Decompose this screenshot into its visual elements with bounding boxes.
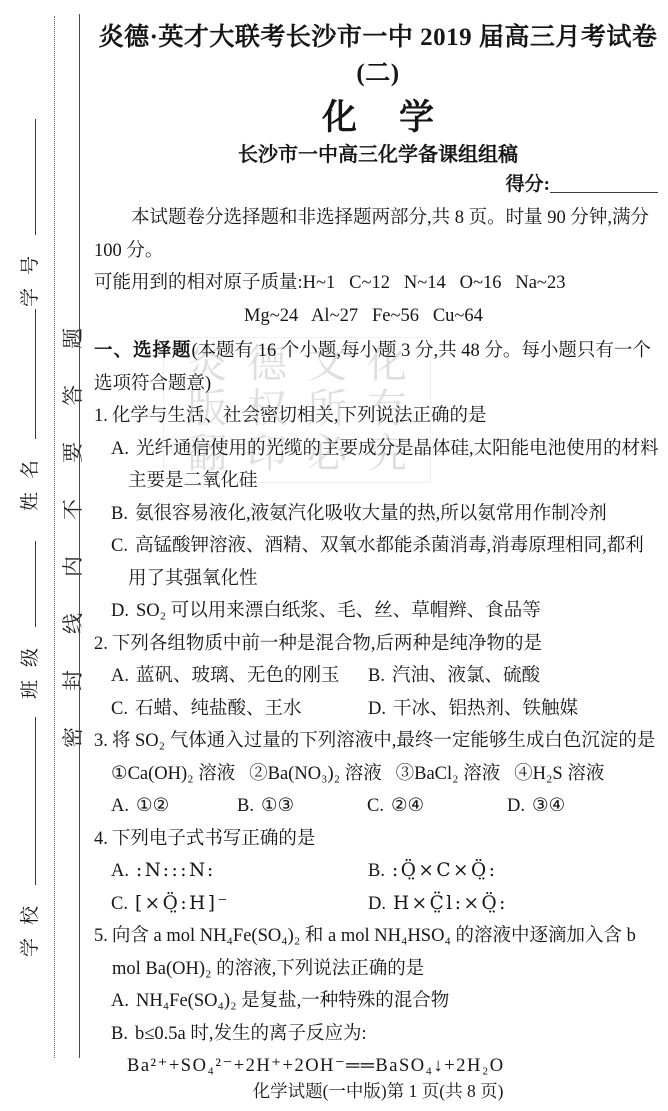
question-4-text: 下列电子式书写正确的是 xyxy=(112,829,316,849)
option-text: ③④ xyxy=(532,796,565,816)
option-label: C. xyxy=(111,536,128,556)
atomic-mass-line-1: 可能用到的相对原子质量:H~1 C~12 N~14 O~16 Na~23 xyxy=(94,267,662,300)
question-5-number: 5. xyxy=(94,926,108,946)
lewis-structure: :Ö̤×C×Ö̤: xyxy=(392,860,497,881)
class-blank xyxy=(20,541,36,627)
question-2-option-a: A.蓝矾、玻璃、无色的刚玉 xyxy=(111,660,368,693)
school-field: 学校 xyxy=(19,717,43,957)
question-3-option-b: B.①③ xyxy=(237,790,367,823)
question-1: 1.化学与生活、社会密切相关,下列说法正确的是 A.光纤通信使用的光缆的主要成分… xyxy=(94,400,662,628)
option-text: b≤0.5a 时,发生的离子反应为: xyxy=(135,1024,367,1044)
question-5-stem: 5.向含 a mol NH₄Fe(SO₄)₂ 和 a mol NH₄HSO₄ 的… xyxy=(94,920,662,985)
question-4-option-b: B.:Ö̤×C×Ö̤: xyxy=(368,855,662,888)
option-label: C. xyxy=(367,796,384,816)
subject-title: 化学 xyxy=(94,96,662,140)
option-text: 氨很容易液化,液氨汽化吸收大量的热,所以氨常用作制冷剂 xyxy=(135,504,607,524)
option-label: D. xyxy=(368,894,386,914)
question-2-stem: 2.下列各组物质中前一种是混合物,后两种是纯净物的是 xyxy=(94,628,662,661)
option-label: C. xyxy=(111,894,128,914)
option-label: B. xyxy=(368,861,385,881)
question-1-stem: 1.化学与生活、社会密切相关,下列说法正确的是 xyxy=(94,400,662,433)
question-2-text: 下列各组物质中前一种是混合物,后两种是纯净物的是 xyxy=(112,634,542,654)
page-footer: 化学试题(一中版)第 1 页(共 8 页) xyxy=(94,1078,662,1103)
question-2: 2.下列各组物质中前一种是混合物,后两种是纯净物的是 A.蓝矾、玻璃、无色的刚玉… xyxy=(94,628,662,726)
lewis-structure: :N:::N: xyxy=(136,860,216,881)
score-label: 得分: xyxy=(506,174,550,195)
seal-line-text: 密封线内不要答题 xyxy=(57,292,87,748)
question-5-option-a: A.NH₄Fe(SO₄)₂ 是复盐,一种特殊的混合物 xyxy=(94,985,662,1018)
question-4-number: 4. xyxy=(94,829,108,849)
question-4: 4.下列电子式书写正确的是 A.:N:::N: B.:Ö̤×C×Ö̤: C.… xyxy=(94,823,662,921)
question-1-option-a: A.光纤通信使用的光缆的主要成分是晶体硅,太阳能电池使用的材料主要是二氧化硅 xyxy=(94,433,662,498)
atomic-mass-values-1: H~1 C~12 N~14 O~16 Na~23 xyxy=(303,273,566,293)
question-4-option-d: D.H×C̤̈l:×Ö̤: xyxy=(368,888,662,921)
option-label: D. xyxy=(111,601,129,621)
lewis-structure: H×C̤̈l:×Ö̤: xyxy=(393,893,508,914)
option-label: D. xyxy=(507,796,525,816)
option-label: A. xyxy=(111,861,129,881)
option-label: B. xyxy=(237,796,254,816)
option-label: B. xyxy=(111,1024,128,1044)
option-text: ②④ xyxy=(391,796,424,816)
option-label: A. xyxy=(111,991,129,1011)
question-1-text: 化学与生活、社会密切相关,下列说法正确的是 xyxy=(112,406,487,426)
option-label: A. xyxy=(111,666,129,686)
question-3-subitems: ①Ca(OH)₂ 溶液 ②Ba(NO₃)₂ 溶液 ③BaCl₂ 溶液 ④H₂S … xyxy=(94,758,662,791)
question-2-option-b: B.汽油、液氯、硫酸 xyxy=(368,660,662,693)
question-3-options: A.①② B.①③ C.②④ D.③④ xyxy=(94,790,662,823)
exam-series-title: 炎德·英才大联考长沙市一中 2019 届高三月考试卷(二) xyxy=(94,20,662,92)
question-4-option-a: A.:N:::N: xyxy=(111,855,368,888)
question-4-stem: 4.下列电子式书写正确的是 xyxy=(94,823,662,856)
class-label: 班级 xyxy=(20,635,41,699)
organizer-subtitle: 长沙市一中高三化学备课组组稿 xyxy=(94,140,662,170)
option-text: 高锰酸钾溶液、酒精、双氧水都能杀菌消毒,消毒原理相同,都利用了其强氧化性 xyxy=(128,536,644,589)
exam-page: 学号 姓名 班级 学校 密封线内不要答题 炎德文化 版权所有 翻印必究 炎德·英… xyxy=(0,0,668,1111)
question-3-text: 将 SO₂ 气体通入过量的下列溶液中,最终一定能够生成白色沉淀的是 xyxy=(112,731,655,751)
question-3-option-c: C.②④ xyxy=(367,790,507,823)
option-text: ①② xyxy=(136,796,169,816)
question-5: 5.向含 a mol NH₄Fe(SO₄)₂ 和 a mol NH₄HSO₄ 的… xyxy=(94,920,662,1083)
seal-solid-line xyxy=(79,14,80,1058)
option-text: NH₄Fe(SO₄)₂ 是复盐,一种特殊的混合物 xyxy=(136,991,449,1011)
option-text: SO₂ 可以用来漂白纸浆、毛、丝、草帽辫、食品等 xyxy=(136,601,541,621)
question-1-option-b: B.氨很容易液化,液氨汽化吸收大量的热,所以氨常用作制冷剂 xyxy=(94,498,662,531)
option-text: 石蜡、纯盐酸、王水 xyxy=(135,699,302,719)
lewis-structure: [×Ö̤:H]⁻ xyxy=(135,893,230,914)
atomic-mass-line-2: Mg~24 Al~27 Fe~56 Cu~64 xyxy=(94,300,662,333)
option-label: A. xyxy=(111,439,129,459)
option-label: B. xyxy=(368,666,385,686)
student-id-label: 学号 xyxy=(20,243,41,307)
option-label: B. xyxy=(111,504,128,524)
option-label: D. xyxy=(368,699,386,719)
name-label: 姓名 xyxy=(20,447,41,511)
main-content: 炎德·英才大联考长沙市一中 2019 届高三月考试卷(二) 化学 长沙市一中高三… xyxy=(94,20,662,1083)
option-label: C. xyxy=(111,699,128,719)
question-2-option-d: D.干冰、铝热剂、铁触媒 xyxy=(368,693,662,726)
section-heading: 一、选择题(本题有 16 个小题,每小题 3 分,共 48 分。每小题只有一个选… xyxy=(94,335,662,400)
class-field: 班级 xyxy=(19,541,43,699)
question-3-stem: 3.将 SO₂ 气体通入过量的下列溶液中,最终一定能够生成白色沉淀的是 xyxy=(94,725,662,758)
question-1-option-c: C.高锰酸钾溶液、酒精、双氧水都能杀菌消毒,消毒原理相同,都利用了其强氧化性 xyxy=(94,530,662,595)
option-text: 光纤通信使用的光缆的主要成分是晶体硅,太阳能电池使用的材料主要是二氧化硅 xyxy=(128,439,659,492)
score-row: 得分: xyxy=(94,172,658,198)
question-3: 3.将 SO₂ 气体通入过量的下列溶液中,最终一定能够生成白色沉淀的是 ①Ca(… xyxy=(94,725,662,823)
name-blank xyxy=(20,309,36,439)
atomic-mass-label: 可能用到的相对原子质量: xyxy=(94,273,303,293)
question-4-options: A.:N:::N: B.:Ö̤×C×Ö̤: C.[×Ö̤:H]⁻ D.H×… xyxy=(94,855,662,920)
name-field: 姓名 xyxy=(19,309,43,511)
school-blank xyxy=(20,717,36,885)
question-3-option-a: A.①② xyxy=(111,790,237,823)
option-text: 汽油、液氯、硫酸 xyxy=(392,666,540,686)
question-5-text: 向含 a mol NH₄Fe(SO₄)₂ 和 a mol NH₄HSO₄ 的溶液… xyxy=(112,926,636,979)
option-text: 蓝矾、玻璃、无色的刚玉 xyxy=(136,666,340,686)
question-3-number: 3. xyxy=(94,731,108,751)
option-text: 干冰、铝热剂、铁触媒 xyxy=(393,699,578,719)
question-2-options: A.蓝矾、玻璃、无色的刚玉 B.汽油、液氯、硫酸 C.石蜡、纯盐酸、王水 D.干… xyxy=(94,660,662,725)
question-2-number: 2. xyxy=(94,634,108,654)
seal-dotted-line xyxy=(54,16,55,1058)
question-1-number: 1. xyxy=(94,406,108,426)
exam-description: 本试题卷分选择题和非选择题两部分,共 8 页。时量 90 分钟,满分 100 分… xyxy=(94,202,662,267)
question-4-option-c: C.[×Ö̤:H]⁻ xyxy=(111,888,368,921)
question-1-option-d: D.SO₂ 可以用来漂白纸浆、毛、丝、草帽辫、食品等 xyxy=(94,595,662,628)
student-id-blank xyxy=(20,119,36,235)
option-text: ①③ xyxy=(261,796,294,816)
section-heading-title: 一、选择题 xyxy=(94,341,192,361)
score-blank xyxy=(550,176,658,193)
student-id-field: 学号 xyxy=(19,119,43,307)
school-label: 学校 xyxy=(20,893,41,957)
option-label: A. xyxy=(111,796,129,816)
question-5-option-b: B.b≤0.5a 时,发生的离子反应为: xyxy=(94,1018,662,1051)
question-3-option-d: D.③④ xyxy=(507,790,565,823)
question-2-option-c: C.石蜡、纯盐酸、王水 xyxy=(111,693,368,726)
